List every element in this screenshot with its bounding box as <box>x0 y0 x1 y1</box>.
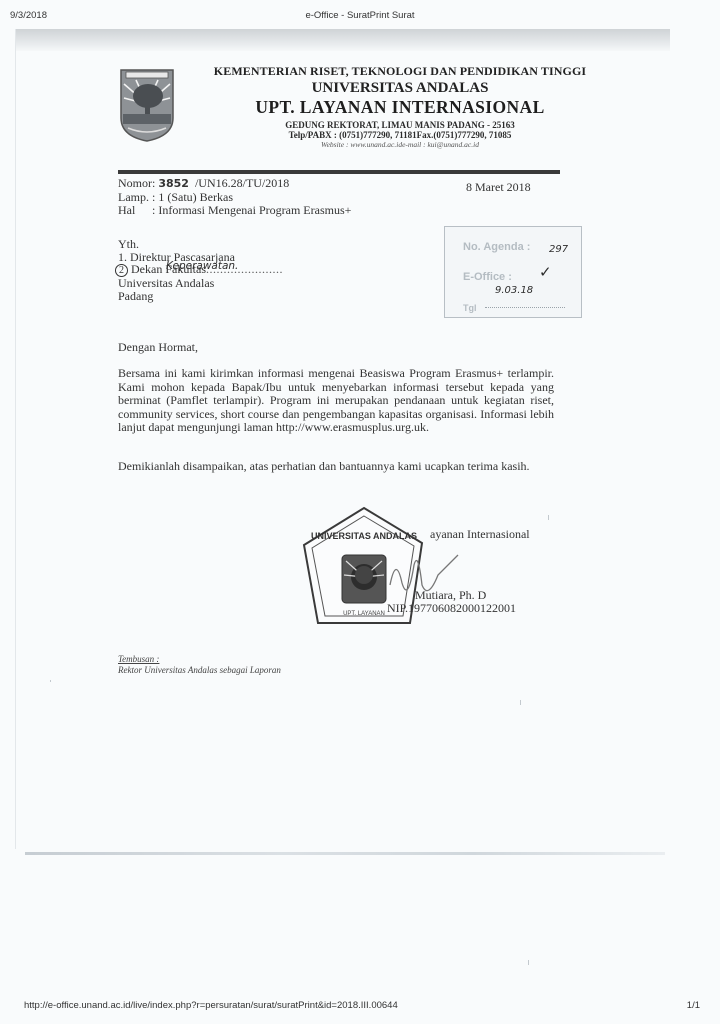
body-paragraph-1: Bersama ini kami kirimkan informasi meng… <box>118 367 554 435</box>
print-footer: http://e-office.unand.ac.id/live/index.p… <box>0 1000 720 1014</box>
tgl-value: 9.03.18 <box>495 285 533 296</box>
agenda-label: No. Agenda : <box>463 241 530 253</box>
svg-text:UPT. LAYANAN: UPT. LAYANAN <box>343 611 385 617</box>
eoffice-label: E-Office : <box>463 271 512 283</box>
nomor-suffix: /UN16.28/TU/2018 <box>195 176 289 190</box>
phone: Telp/PABX : (0751)777290, 71181Fax.(0751… <box>190 130 610 140</box>
lamp-label: Lamp. <box>118 191 152 205</box>
print-title: e-Office - SuratPrint Surat <box>0 10 720 21</box>
lamp-row: Lamp.: 1 (Satu) Berkas <box>118 191 351 205</box>
tembusan-line-1: Rektor Universitas Andalas sebagai Lapor… <box>118 665 281 676</box>
hal-label: Hal <box>118 204 152 218</box>
agenda-value: 297 <box>549 244 568 255</box>
salutation: Yth. <box>118 238 358 251</box>
letterhead-divider <box>118 170 560 174</box>
recipient-block: Yth. 1. Direktur Pascasarjana 2 Dekan Fa… <box>118 238 358 302</box>
tembusan-heading: Tembusan : <box>118 654 281 665</box>
svg-text:UNIVERSITAS ANDALAS: UNIVERSITAS ANDALAS <box>311 531 417 541</box>
website: Website : www.unand.ac.ide-mail : kui@un… <box>190 140 610 149</box>
recipient-line-2: 2 Dekan Fakultas...................... K… <box>118 263 358 277</box>
tgl-label: Tgl <box>463 303 477 313</box>
print-url: http://e-office.unand.ac.id/live/index.p… <box>24 1000 398 1011</box>
letterhead: KEMENTERIAN RISET, TEKNOLOGI DAN PENDIDI… <box>190 64 610 149</box>
page-number: 1/1 <box>687 1000 700 1011</box>
nomor-handwritten: 3852 <box>158 177 189 190</box>
eoffice-checkmark: ✓ <box>539 263 552 281</box>
recipient-line-3: Universitas Andalas <box>118 277 358 290</box>
nomor-row: Nomor: 3852 /UN16.28/TU/2018 <box>118 177 351 191</box>
letter-date: 8 Maret 2018 <box>466 180 531 195</box>
lamp-value: : 1 (Satu) Berkas <box>152 190 233 204</box>
address: GEDUNG REKTORAT, LIMAU MANIS PADANG - 25… <box>190 120 610 130</box>
scan-shadow <box>15 29 670 51</box>
agenda-stamp: No. Agenda : 297 E-Office : ✓ 9.03.18 Tg… <box>444 226 582 318</box>
nomor-label: Nomor <box>118 176 152 190</box>
recipient-line-4: Padang <box>118 290 358 303</box>
print-header: 9/3/2018 e-Office - SuratPrint Surat <box>0 10 720 24</box>
ministry-name: KEMENTERIAN RISET, TEKNOLOGI DAN PENDIDI… <box>190 64 610 79</box>
scan-edge <box>15 29 16 849</box>
handwritten-faculty: Keperawatan. <box>166 260 238 272</box>
university-logo-icon <box>118 66 176 142</box>
scan-fold-line <box>25 852 665 855</box>
tembusan-block: Tembusan : Rektor Universitas Andalas se… <box>118 654 281 676</box>
signatory-nip: NIP.197706082000122001 <box>387 601 516 616</box>
hal-value: : Informasi Mengenai Program Erasmus+ <box>152 203 351 217</box>
hal-row: Hal: Informasi Mengenai Program Erasmus+ <box>118 204 351 218</box>
university-name: UNIVERSITAS ANDALAS <box>190 80 610 97</box>
tgl-dotted-line <box>485 307 565 308</box>
unit-name: UPT. LAYANAN INTERNASIONAL <box>190 97 610 118</box>
letter-meta: Nomor: 3852 /UN16.28/TU/2018 Lamp.: 1 (S… <box>118 177 351 218</box>
body-paragraph-2: Demikianlah disampaikan, atas perhatian … <box>118 460 554 474</box>
signatory-title: Kepala UPT. Layanan Internasional <box>430 527 530 542</box>
greeting: Dengan Hormat, <box>118 340 198 355</box>
